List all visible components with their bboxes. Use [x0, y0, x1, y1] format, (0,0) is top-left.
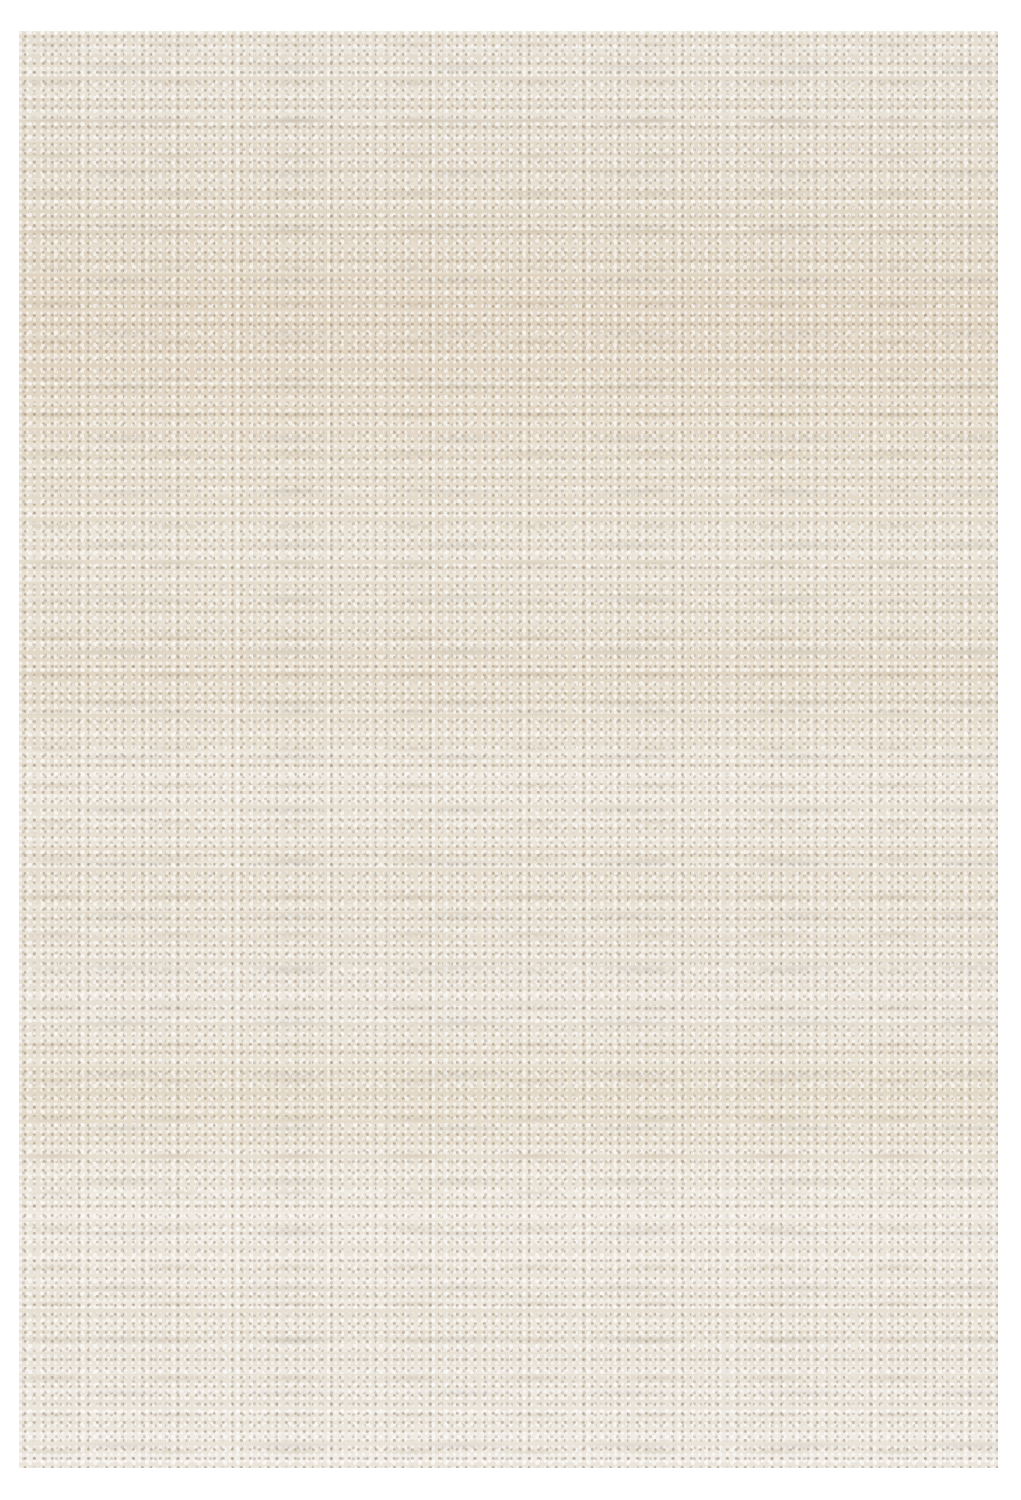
shaggy-rug-photo — [19, 31, 998, 1468]
